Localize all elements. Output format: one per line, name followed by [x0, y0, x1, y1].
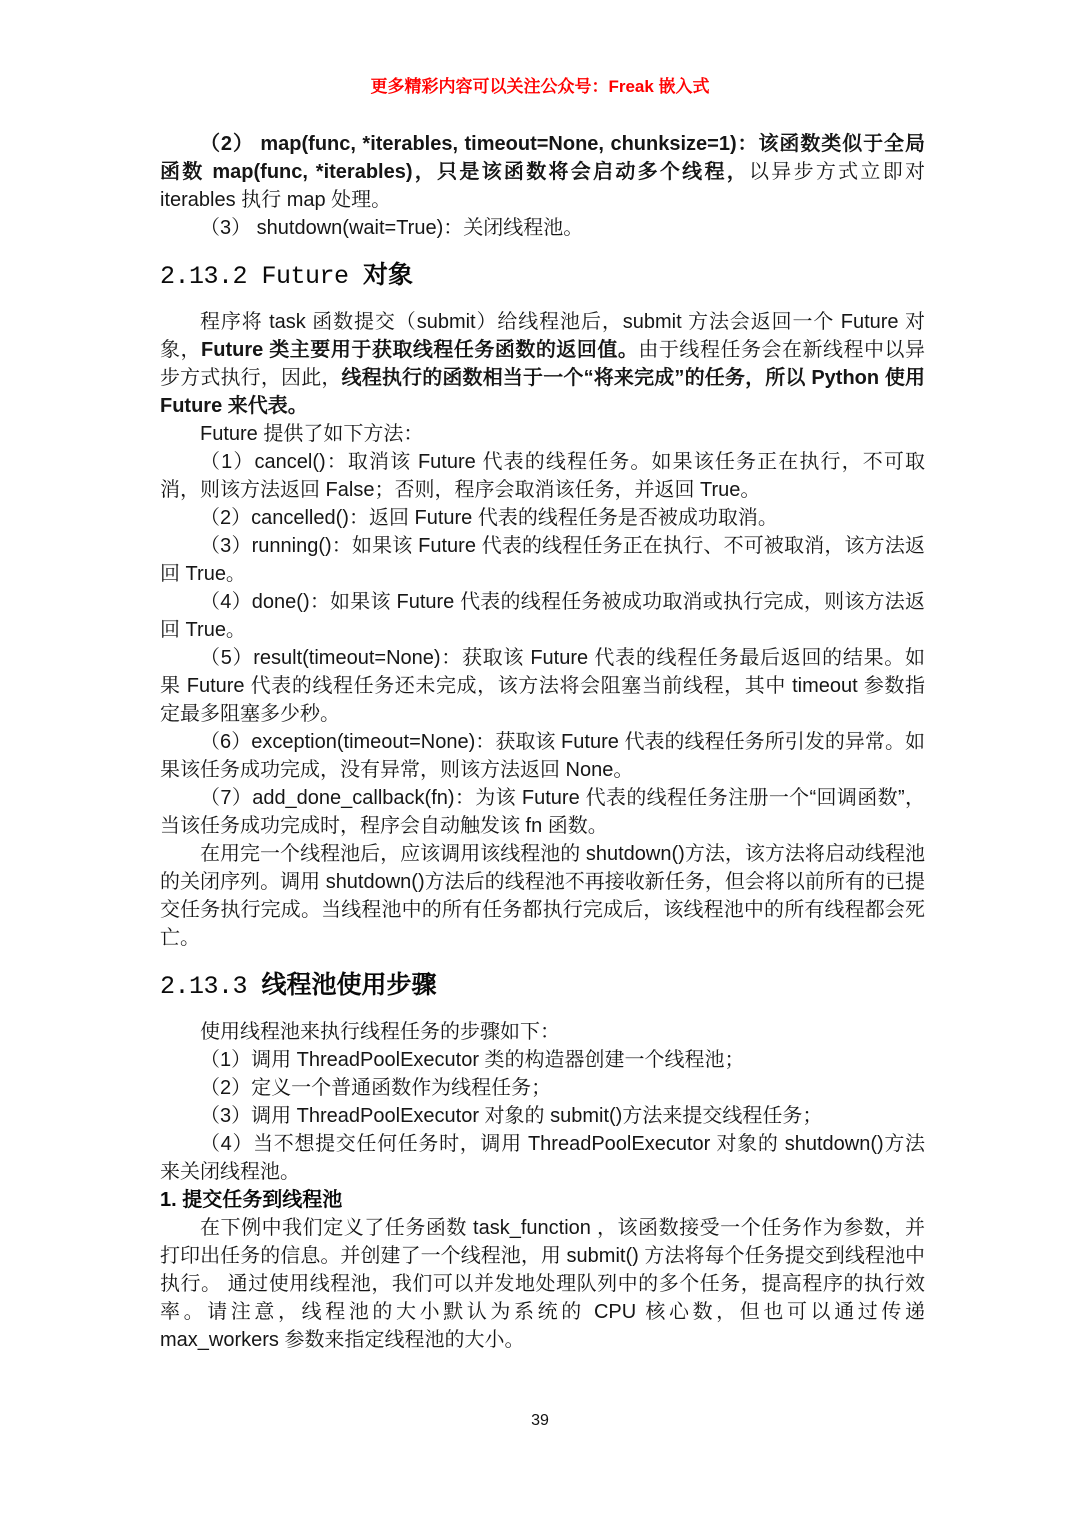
text-segment: 2.13.3: [160, 972, 262, 1001]
para-map-method: （2） map(func, *iterables, timeout=None, …: [160, 130, 925, 214]
text-segment: 线程池使用步骤: [262, 971, 437, 999]
text-segment: （5）result(timeout=None)：获取该 Future 代表的线程…: [160, 647, 925, 725]
text-segment: 1. 提交任务到线程池: [160, 1189, 342, 1211]
text-segment: 在下例中我们定义了任务函数 task_function ，该函数接受一个任务作为…: [160, 1217, 925, 1351]
para-step-4: （4）当不想提交任何任务时，调用 ThreadPoolExecutor 对象的 …: [160, 1130, 925, 1186]
para-step-2: （2）定义一个普通函数作为线程任务；: [160, 1074, 925, 1102]
para-method-exception: （6）exception(timeout=None)：获取该 Future 代表…: [160, 728, 925, 784]
text-segment: 在用完一个线程池后，应该调用该线程池的 shutdown()方法，该方法将启动线…: [160, 843, 925, 949]
para-step-1: （1）调用 ThreadPoolExecutor 类的构造器创建一个线程池；: [160, 1046, 925, 1074]
text-segment: 使用线程池来执行线程任务的步骤如下：: [200, 1021, 560, 1043]
text-segment: （7）add_done_callback(fn)：为该 Future 代表的线程…: [160, 787, 925, 837]
heading-2-13-2-future-object: 2.13.2 Future 对象: [160, 258, 925, 294]
para-future-methods-lead: Future 提供了如下方法：: [160, 420, 925, 448]
text-segment: （1）cancel()：取消该 Future 代表的线程任务。如果该任务正在执行…: [160, 451, 925, 501]
para-method-done: （4）done()：如果该 Future 代表的线程任务被成功取消或执行完成，则…: [160, 588, 925, 644]
text-segment: （4）done()：如果该 Future 代表的线程任务被成功取消或执行完成，则…: [160, 591, 925, 641]
document-blocks: （2） map(func, *iterables, timeout=None, …: [160, 130, 925, 1354]
page-content: （2） map(func, *iterables, timeout=None, …: [160, 130, 925, 1354]
text-segment: 对象: [363, 261, 413, 289]
para-method-cancelled: （2）cancelled()：返回 Future 代表的线程任务是否被成功取消。: [160, 504, 925, 532]
para-steps-lead: 使用线程池来执行线程任务的步骤如下：: [160, 1018, 925, 1046]
text-segment: （3） shutdown(wait=True)：关闭线程池。: [200, 217, 583, 239]
text-segment: Future 提供了如下方法：: [200, 423, 423, 445]
para-method-running: （3）running()：如果该 Future 代表的线程任务正在执行、不可被取…: [160, 532, 925, 588]
para-shutdown-method: （3） shutdown(wait=True)：关闭线程池。: [160, 214, 925, 242]
text-segment: （4）当不想提交任何任务时，调用 ThreadPoolExecutor 对象的 …: [160, 1133, 925, 1183]
para-step-3: （3）调用 ThreadPoolExecutor 对象的 submit()方法来…: [160, 1102, 925, 1130]
page-header: 更多精彩内容可以关注公众号：Freak 嵌入式: [0, 0, 1080, 97]
text-segment: （2）cancelled()：返回 Future 代表的线程任务是否被成功取消。: [200, 507, 778, 529]
para-method-result: （5）result(timeout=None)：获取该 Future 代表的线程…: [160, 644, 925, 728]
text-segment: （2）定义一个普通函数作为线程任务；: [200, 1077, 551, 1099]
page-number: 39: [531, 1412, 549, 1429]
para-shutdown-explain: 在用完一个线程池后，应该调用该线程池的 shutdown()方法，该方法将启动线…: [160, 840, 925, 952]
subheading-1-submit-tasks: 1. 提交任务到线程池: [160, 1186, 925, 1214]
para-future-intro: 程序将 task 函数提交（submit）给线程池后，submit 方法会返回一…: [160, 308, 925, 420]
text-segment: （1）调用 ThreadPoolExecutor 类的构造器创建一个线程池；: [200, 1049, 745, 1071]
heading-2-13-3-usage-steps: 2.13.3 线程池使用步骤: [160, 968, 925, 1004]
text-segment: （6）exception(timeout=None)：获取该 Future 代表…: [160, 731, 925, 781]
para-example-intro: 在下例中我们定义了任务函数 task_function ，该函数接受一个任务作为…: [160, 1214, 925, 1354]
text-segment: （3）running()：如果该 Future 代表的线程任务正在执行、不可被取…: [160, 535, 925, 585]
text-segment: 2.13.2 Future: [160, 262, 363, 291]
page-footer: 39: [0, 1412, 1080, 1430]
para-method-add-done-callback: （7）add_done_callback(fn)：为该 Future 代表的线程…: [160, 784, 925, 840]
para-method-cancel: （1）cancel()：取消该 Future 代表的线程任务。如果该任务正在执行…: [160, 448, 925, 504]
text-segment: Future 类主要用于获取线程任务函数的返回值。: [201, 339, 638, 361]
public-account-notice: 更多精彩内容可以关注公众号：Freak 嵌入式: [0, 0, 1080, 97]
text-segment: （3）调用 ThreadPoolExecutor 对象的 submit()方法来…: [200, 1105, 822, 1127]
